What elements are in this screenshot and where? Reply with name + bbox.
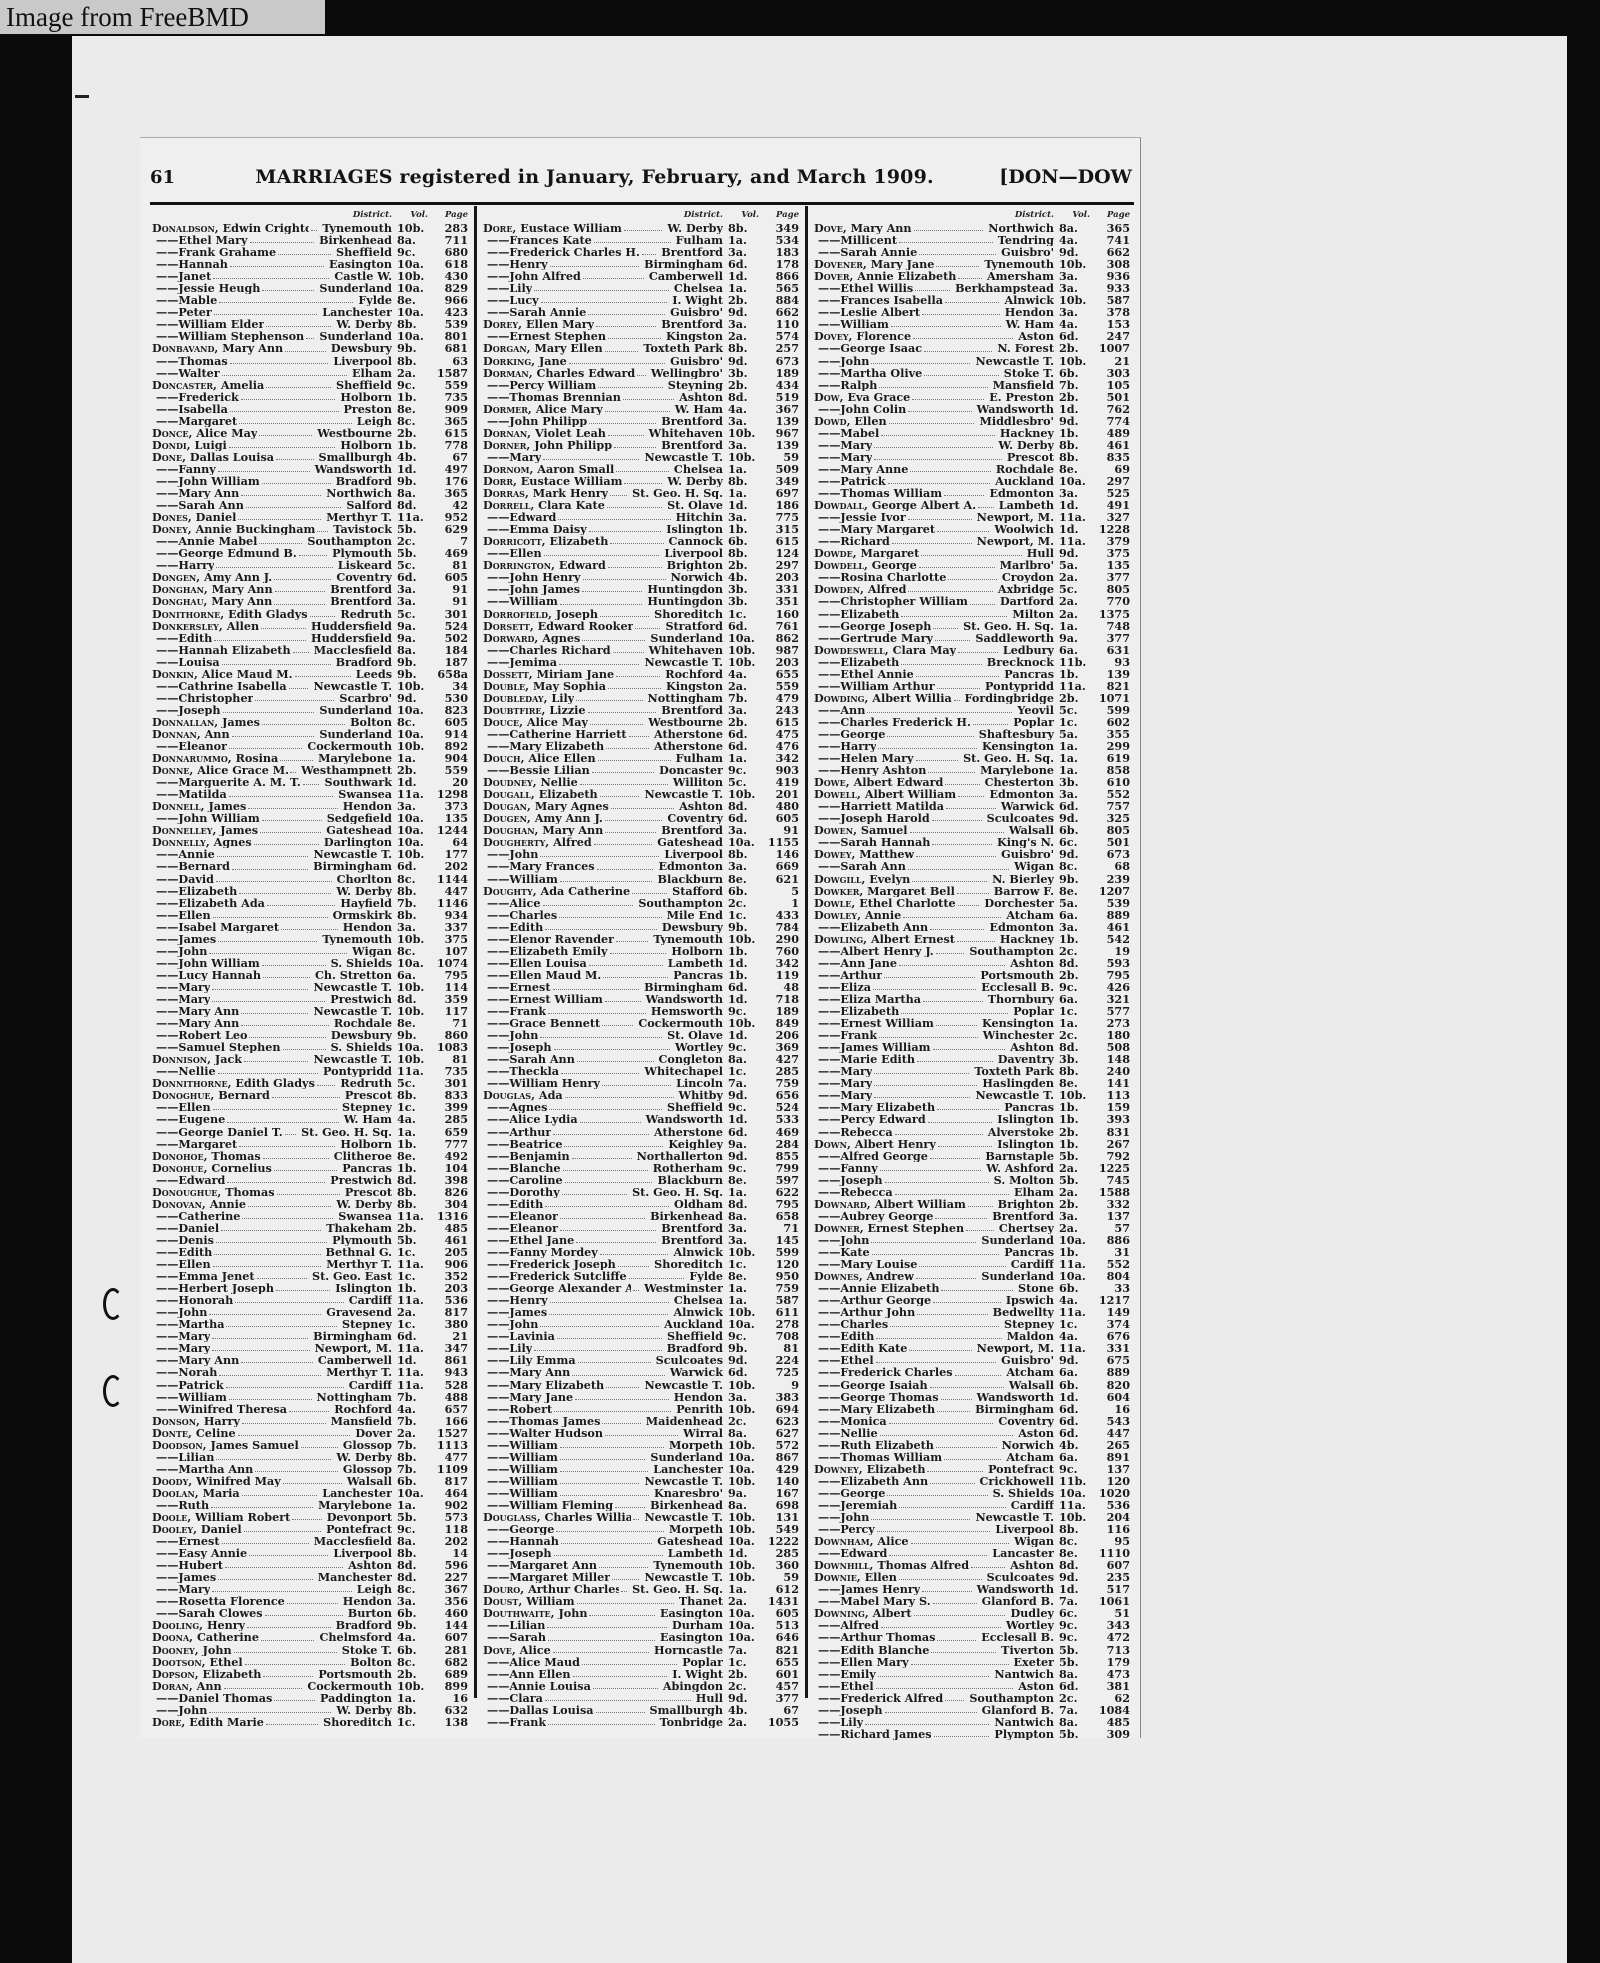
entry-page: 601 — [759, 1668, 799, 1680]
entry-district: Saddleworth — [972, 632, 1054, 644]
entry-name: Sarah Ann — [483, 1053, 575, 1065]
entry-district: Newport, M. — [974, 511, 1054, 523]
leader-dots — [543, 897, 634, 906]
entry-name: Edith Blanche — [814, 1644, 929, 1656]
entry-name: Millicent — [814, 234, 897, 246]
entry-name: Fanny — [814, 1162, 878, 1174]
entry-name: Norah — [152, 1366, 217, 1378]
entry-district: Birmingham — [641, 981, 723, 993]
register-entry: Frances KateFulham1a.534 — [483, 234, 799, 246]
entry-given-names: Joseph Harold — [840, 812, 929, 824]
entry-given-names: Clara May — [893, 644, 957, 656]
entry-page: 377 — [759, 1692, 799, 1704]
leader-dots — [262, 282, 314, 291]
entry-district: Knaresbro' — [651, 1487, 723, 1499]
entry-page: 447 — [428, 885, 468, 897]
entry-name: George Isaac — [814, 342, 922, 354]
entry-name: Rebecca — [814, 1186, 893, 1198]
entry-given-names: Mary Agnes — [535, 800, 609, 812]
entry-volume: 10b. — [392, 933, 428, 945]
register-entry: Percy WilliamSteyning2b.434 — [483, 379, 799, 391]
entry-volume: 7a. — [723, 1644, 759, 1656]
entry-page: 774 — [1090, 415, 1130, 427]
entry-district: Cockermouth — [304, 740, 392, 752]
leader-dots — [232, 728, 315, 737]
entry-name: Doust, William — [483, 1595, 575, 1607]
entry-district: Macclesfield — [311, 1535, 392, 1547]
entry-surname: Donithorne, — [152, 608, 224, 620]
leader-dots — [229, 788, 333, 797]
entry-district: St. Geo. H. Sq. — [960, 620, 1054, 632]
entry-district: Clitheroe — [331, 1150, 392, 1162]
leader-dots — [263, 1150, 329, 1159]
entry-district: Swansea — [335, 1210, 392, 1222]
entry-name: Donnarummo, Rosina — [152, 752, 278, 764]
register-entry: Donohue, CorneliusPancras1b.104 — [152, 1162, 468, 1174]
entry-page: 1375 — [1090, 608, 1130, 620]
entry-volume: 6b. — [392, 1644, 428, 1656]
entry-district: Wigan — [349, 945, 392, 957]
leader-dots — [938, 1138, 992, 1147]
entry-given-names: William Henry — [509, 1077, 600, 1089]
entry-district: Liverpool — [661, 547, 723, 559]
entry-name: Downhill, Thomas Alfred — [814, 1559, 969, 1571]
entry-name: Mary — [814, 1089, 872, 1101]
register-entry: AnnieNewcastle T.10b.177 — [152, 848, 468, 860]
entry-district: Cardiff — [1008, 1258, 1054, 1270]
entry-page: 309 — [1090, 1728, 1130, 1740]
entry-given-names: Edward — [509, 511, 556, 523]
entry-volume: 11a. — [392, 1366, 428, 1378]
entry-district: Horncastle — [651, 1644, 723, 1656]
entry-given-names: Helen Mary — [840, 752, 913, 764]
entry-given-names: Daniel Thomas — [178, 1692, 272, 1704]
entry-name: Frances Isabella — [814, 294, 943, 306]
leader-dots — [606, 1379, 639, 1388]
entry-given-names: Arthur John — [840, 1306, 915, 1318]
entry-name: Mary Elizabeth — [814, 1101, 935, 1113]
entry-name: Marie Edith — [814, 1053, 915, 1065]
leader-dots — [936, 945, 965, 954]
entry-given-names: Annie — [865, 909, 901, 921]
entry-given-names: Elizabeth — [178, 885, 237, 897]
register-entry: GeorgeShaftesbury5a.355 — [814, 728, 1130, 740]
entry-given-names: Richard — [840, 535, 889, 547]
entry-name: Joseph — [483, 1041, 552, 1053]
entry-volume: 9b. — [392, 668, 428, 680]
entry-given-names: Jessie Ivor — [840, 511, 905, 523]
leader-dots — [606, 740, 649, 749]
entry-volume: 4b. — [723, 1704, 759, 1716]
entry-name: Dore, Eustace William — [483, 222, 622, 234]
register-entry: Percy EdwardIslington1b.393 — [814, 1113, 1130, 1125]
entry-page: 1007 — [1090, 342, 1130, 354]
entry-name: Daniel — [152, 1222, 219, 1234]
entry-district: Poplar — [1010, 1005, 1054, 1017]
entry-given-names: Eleanor — [509, 1210, 558, 1222]
entry-district: Hayfield — [337, 897, 392, 909]
entry-name: Dorsett, Edward Rooker — [483, 620, 633, 632]
entry-surname: Donghau, — [152, 595, 207, 607]
entry-name: Dow, Eva Grace — [814, 391, 910, 403]
leader-dots — [214, 632, 306, 641]
entry-given-names: Mary Elizabeth — [509, 1379, 604, 1391]
entry-name: Douro, Arthur Charles W. (Marquis of) — [483, 1583, 619, 1595]
entry-name: Ernest William — [483, 993, 603, 1005]
entry-district: Tynemouth — [650, 1559, 723, 1571]
leader-dots — [608, 559, 662, 568]
freebmd-watermark: Image from FreeBMD — [0, 0, 325, 34]
leader-dots — [876, 1330, 1001, 1339]
entry-given-names: Ellen Louisa — [509, 957, 586, 969]
entry-name: Emma Jenet — [152, 1270, 255, 1282]
entry-given-names: Frank — [509, 1005, 546, 1017]
leader-dots — [936, 1017, 977, 1026]
entry-district: Manchester — [315, 1571, 392, 1583]
entry-surname: Donnelly, — [152, 836, 210, 848]
entry-given-names: Hannah — [178, 258, 227, 270]
entry-district: Keighley — [665, 1138, 723, 1150]
register-entry: Bessie LilianDoncaster9c.903 — [483, 764, 799, 776]
entry-district: Chelsea — [671, 282, 723, 294]
entry-page: 91 — [428, 595, 468, 607]
entry-district: Prestwich — [327, 1174, 392, 1186]
entry-district: Morpeth — [666, 1439, 723, 1451]
entry-district: Birkenhead — [316, 234, 392, 246]
entry-page: 694 — [759, 1403, 799, 1415]
entry-page: 381 — [1090, 1680, 1130, 1692]
entry-given-names: James Samuel — [210, 1439, 298, 1451]
register-entry: George Edmund B.Plymouth5b.469 — [152, 547, 468, 559]
entry-given-names: Sarah Annie — [509, 306, 586, 318]
entry-name: Doudney, Nellie — [483, 776, 578, 788]
entry-district: Smallburgh — [647, 1704, 723, 1716]
entry-district: Croydon — [999, 571, 1054, 583]
entry-surname: Downham, — [814, 1535, 873, 1547]
entry-district: Newcastle T. — [310, 981, 392, 993]
entry-district: Whitehaven — [646, 427, 723, 439]
entry-page: 943 — [428, 1366, 468, 1378]
entry-name: Dovey, Florence — [814, 330, 911, 342]
entry-district: Shoreditch — [651, 608, 723, 620]
leader-dots — [242, 1415, 326, 1424]
entry-name: Harriett Matilda — [814, 800, 944, 812]
leader-dots — [924, 342, 992, 351]
entry-district: Stepney — [1001, 1318, 1054, 1330]
entry-district: Dudley — [1007, 1607, 1054, 1619]
entry-given-names: Margaret Bell — [867, 885, 955, 897]
entry-district: Leeds — [353, 668, 392, 680]
register-entry: James WilliamAshton8d.508 — [814, 1041, 1130, 1053]
entry-district: Huddersfield — [308, 620, 392, 632]
entry-given-names: Mary Louise — [840, 1258, 917, 1270]
entry-given-names: Daniel — [178, 1222, 219, 1234]
entry-name: John — [814, 1234, 869, 1246]
entry-page: 257 — [759, 342, 799, 354]
entry-given-names: Richard James — [840, 1728, 931, 1740]
entry-district: S. Molton — [991, 1174, 1054, 1186]
entry-given-names: Ellen — [178, 909, 210, 921]
entry-given-names: Ada — [539, 1089, 563, 1101]
register-entry: Elizabeth AnnEdmonton3a.461 — [814, 921, 1130, 933]
entry-given-names: Margaret — [861, 547, 920, 559]
register-entry: Grace BennettCockermouth10b.849 — [483, 1017, 799, 1029]
entry-volume: 10b. — [392, 1680, 428, 1692]
entry-page: 398 — [428, 1174, 468, 1186]
entry-page: 267 — [1090, 1138, 1130, 1150]
entry-volume: 9d. — [723, 1692, 759, 1704]
register-entry: George Alexander A.Westminster1a.759 — [483, 1282, 799, 1294]
leader-dots — [259, 535, 302, 544]
entry-volume: 8e. — [723, 873, 759, 885]
leader-dots — [596, 1704, 645, 1713]
entry-given-names: Leslie Albert — [840, 306, 920, 318]
entry-given-names: John — [509, 1029, 538, 1041]
entry-volume: 2c. — [723, 897, 759, 909]
entry-given-names: Bernard — [178, 860, 230, 872]
leader-dots — [234, 1644, 337, 1653]
entry-volume: 1b. — [392, 1138, 428, 1150]
entry-page: 524 — [428, 620, 468, 632]
entry-page: 539 — [1090, 897, 1130, 909]
entry-name: Sarah Ann — [152, 499, 244, 511]
entry-given-names: George — [509, 1523, 554, 1535]
entry-volume: 8c. — [392, 873, 428, 885]
leader-dots — [901, 1005, 1008, 1014]
entry-name: Sarah Ann — [814, 860, 906, 872]
register-entry: James HenryWandsworth1d.517 — [814, 1583, 1130, 1595]
register-entry: RalphMansfield7b.105 — [814, 379, 1130, 391]
entry-name: Dore, Edith Marie — [152, 1716, 264, 1728]
leader-dots — [593, 1680, 658, 1689]
entry-page: 528 — [428, 1379, 468, 1391]
entry-name: John Philipp — [483, 415, 587, 427]
leader-dots — [624, 475, 662, 484]
register-entry: Dongen, Amy Ann J.Coventry6d.605 — [152, 571, 468, 583]
entry-page: 646 — [759, 1631, 799, 1643]
entry-volume: 2b. — [723, 379, 759, 391]
leader-dots — [878, 740, 977, 749]
entry-given-names: Ruth — [178, 1499, 209, 1511]
leader-dots — [287, 1595, 338, 1604]
leader-dots — [872, 1246, 1000, 1255]
entry-volume: 8a. — [392, 644, 428, 656]
entry-district: E. Preston — [986, 391, 1054, 403]
register-entry: PeterLanchester10a.423 — [152, 306, 468, 318]
entry-volume: 8e. — [392, 1150, 428, 1162]
entry-name: Lilian — [483, 1619, 545, 1631]
entry-given-names: Jack — [215, 1053, 242, 1065]
entry-volume: 2b. — [723, 1668, 759, 1680]
entry-district: St. Olave — [664, 499, 723, 511]
entry-surname: Dorrell, — [483, 499, 534, 511]
entry-given-names: Amy Ann J. — [535, 812, 603, 824]
entry-district: Elham — [1011, 1186, 1054, 1198]
register-entry: Joseph HaroldSculcoates9d.325 — [814, 812, 1130, 824]
register-entry: Dowe, Albert EdwardChesterton3b.610 — [814, 776, 1130, 788]
leader-dots — [560, 1463, 648, 1472]
leader-dots — [944, 487, 984, 496]
entry-name: Mabel Mary S. — [814, 1595, 931, 1607]
entry-surname: Donohoe, — [152, 1150, 207, 1162]
entry-district: Islington — [994, 1138, 1054, 1150]
entry-given-names: Clara Kate — [538, 499, 605, 511]
entry-name: Mary Elizabeth — [483, 740, 604, 752]
register-entry: Mary FrancesEdmonton3a.669 — [483, 860, 799, 872]
entry-name: Elizabeth — [814, 1005, 899, 1017]
entry-page: 93 — [1090, 656, 1130, 668]
entry-district: Dewsbury — [328, 1029, 392, 1041]
entry-name: Thomas Brennian — [483, 391, 621, 403]
entry-name: John Colin — [814, 403, 906, 415]
entry-volume: 4a. — [392, 1113, 428, 1125]
leader-dots — [241, 487, 321, 496]
entry-surname: Donnan, — [152, 728, 201, 740]
entry-volume: 2a. — [1054, 595, 1090, 607]
entry-name: Janet — [152, 270, 211, 282]
entry-volume: 6b. — [723, 885, 759, 897]
entry-name: Edward — [483, 511, 556, 523]
entry-district: Congleton — [656, 1053, 723, 1065]
entry-name: Dones, Daniel — [152, 511, 236, 523]
entry-name: Arthur — [483, 1126, 551, 1138]
register-entry: RobertPenrith10b.694 — [483, 1403, 799, 1415]
entry-given-names: Rebecca — [840, 1186, 892, 1198]
entry-given-names: Mary Anne — [840, 463, 908, 475]
entry-given-names: Ethel — [840, 1354, 873, 1366]
register-entry: Catherine HarriettAtherstone6d.475 — [483, 728, 799, 740]
entry-given-names: Martha Olive — [840, 367, 922, 379]
entry-name: Mary Elizabeth — [483, 1379, 604, 1391]
leader-dots — [266, 1716, 318, 1725]
entry-district: Marylebone — [315, 752, 392, 764]
entry-name: Leslie Albert — [814, 306, 920, 318]
register-entry: Annie MabelSouthampton2c.7 — [152, 535, 468, 547]
entry-district: Newport, M. — [974, 1342, 1054, 1354]
entry-page: 301 — [428, 608, 468, 620]
entry-given-names: Annie — [210, 1198, 246, 1210]
register-entry: FannyW. Ashford2a.1225 — [814, 1162, 1130, 1174]
leader-dots — [544, 547, 660, 556]
entry-district: Dewsbury — [659, 921, 723, 933]
leader-dots — [605, 403, 670, 412]
register-entry: Donson, HarryMansfield7b.166 — [152, 1415, 468, 1427]
entry-given-names: John William — [178, 475, 259, 487]
entry-district: Whitechapel — [641, 1065, 723, 1077]
entry-name: Downham, Alice — [814, 1535, 909, 1547]
entry-page: 105 — [1090, 379, 1130, 391]
leader-dots — [958, 788, 984, 797]
entry-surname: Dornan, — [483, 427, 531, 439]
entry-page: 179 — [1090, 1656, 1130, 1668]
entry-name: Ellen Louisa — [483, 957, 587, 969]
entry-name: Elizabeth — [814, 608, 899, 620]
entry-name: William Henry — [483, 1077, 600, 1089]
register-entry: Dowey, MatthewGuisbro'9d.673 — [814, 848, 1130, 860]
entry-given-names: Lily — [840, 1716, 863, 1728]
leader-dots — [874, 451, 1001, 460]
entry-surname: Doudney, — [483, 776, 537, 788]
leader-dots — [614, 439, 656, 448]
entry-district: Amersham — [984, 270, 1054, 282]
register-entry: Daniel ThomasPaddington1a.16 — [152, 1692, 468, 1704]
entry-district: Liskeard — [335, 559, 392, 571]
register-entry: Dorgan, Mary EllenToxteth Park8b.257 — [483, 342, 799, 354]
entry-name: George — [814, 1487, 885, 1499]
entry-district: Portsmouth — [977, 969, 1054, 981]
entry-given-names: Mary Ann — [211, 595, 272, 607]
entry-given-names: William — [840, 318, 888, 330]
leader-dots — [534, 1342, 661, 1351]
leader-dots — [608, 427, 644, 436]
entry-name: Peter — [152, 306, 212, 318]
leader-dots — [216, 1451, 331, 1460]
leader-dots — [871, 355, 970, 364]
entry-name: Dowen, Samuel — [814, 824, 908, 836]
entry-page: 559 — [428, 379, 468, 391]
entry-given-names: Frederick Charles H. — [509, 246, 640, 258]
entry-name: William Fleming — [483, 1499, 613, 1511]
register-entry: Aubrey GeorgeBrentford3a.137 — [814, 1210, 1130, 1222]
entry-district: St. Geo. H. Sq. — [629, 487, 723, 499]
register-entry: Sarah ClowesBurton6b.460 — [152, 1607, 468, 1619]
entry-name: Mary — [483, 451, 541, 463]
entry-page: 681 — [428, 342, 468, 354]
leader-dots — [534, 282, 669, 291]
entry-district: Hendon — [1002, 306, 1054, 318]
entry-given-names: Kate — [840, 1246, 869, 1258]
entry-district: Westbourne — [314, 427, 392, 439]
leader-dots — [901, 608, 1007, 617]
entry-volume: 1d. — [1054, 1391, 1090, 1403]
register-entry: Dones, DanielMerthyr T.11a.952 — [152, 511, 468, 523]
entry-name: Doney, Annie Buckingham — [152, 523, 315, 535]
page-header: 61 MARRIAGES registered in January, Febr… — [150, 166, 1140, 196]
entry-name: Frank — [814, 1029, 877, 1041]
entry-district: Macclesfield — [311, 644, 392, 656]
register-entry: Dowker, Margaret BellBarrow F.8e.1207 — [814, 885, 1130, 897]
entry-given-names: John — [509, 848, 538, 860]
entry-given-names: Martha Ann — [178, 1463, 253, 1475]
leader-dots — [605, 1427, 678, 1436]
leader-dots — [600, 608, 649, 617]
entry-surname: Dove, — [483, 1644, 516, 1656]
entry-volume: 9b. — [1054, 873, 1090, 885]
entry-surname: Donnison, — [152, 1053, 211, 1065]
entry-page: 987 — [759, 644, 799, 656]
entry-name: Bessie Lilian — [483, 764, 590, 776]
register-entry: ErnestMacclesfield8a.202 — [152, 1535, 468, 1547]
leader-dots — [589, 523, 662, 532]
entry-surname: Dowker, — [814, 885, 863, 897]
entry-district: W. Derby — [333, 1198, 392, 1210]
entry-district: Brentford — [658, 1222, 723, 1234]
leader-dots — [605, 993, 641, 1002]
leader-dots — [266, 379, 331, 388]
entry-volume: 5c. — [392, 608, 428, 620]
entry-district: Huntingdon — [644, 583, 723, 595]
entry-given-names: Catherine — [178, 1210, 240, 1222]
register-entry: EmilyNantwich8a.473 — [814, 1668, 1130, 1680]
register-entry: CharlesStepney1c.374 — [814, 1318, 1130, 1330]
leader-dots — [945, 1692, 964, 1701]
leader-dots — [588, 704, 657, 713]
leader-dots — [213, 270, 329, 279]
register-entry: Mary AnnRochdale8e.71 — [152, 1017, 468, 1029]
entry-given-names: Eliza — [840, 981, 871, 993]
entry-district: Burton — [345, 1607, 392, 1619]
register-entry: Ellen Maud M.Pancras1b.119 — [483, 969, 799, 981]
